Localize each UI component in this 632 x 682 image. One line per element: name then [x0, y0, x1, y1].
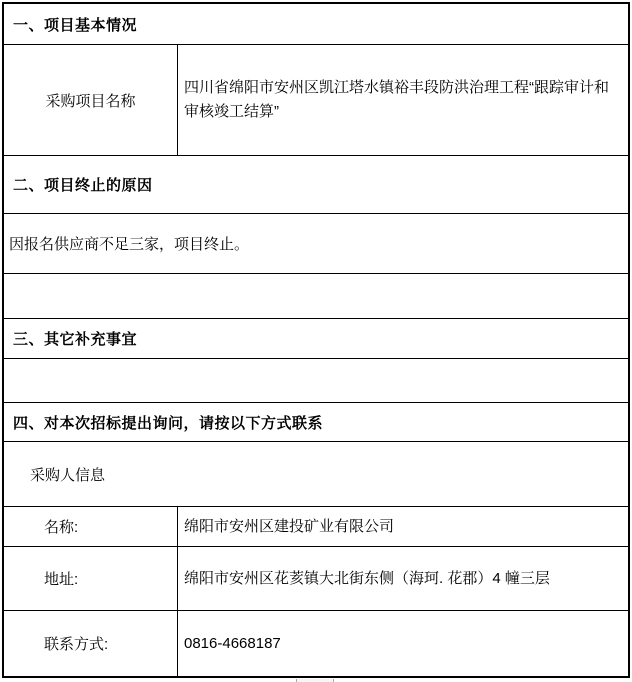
section-4-header-row: 四、对本次招标提出询问，请按以下方式联系	[4, 403, 628, 442]
purchaser-contact-row: 联系方式: 0816-4668187	[4, 611, 628, 676]
purchaser-address-value: 绵阳市安州区花荄镇大北街东侧（海珂. 花郡）4 幢三层	[178, 547, 628, 610]
termination-notice-page: 一、项目基本情况 采购项目名称 四川省绵阳市安州区凯江塔水镇裕丰段防洪治理工程“…	[0, 0, 632, 682]
termination-notice-table: 一、项目基本情况 采购项目名称 四川省绵阳市安州区凯江塔水镇裕丰段防洪治理工程“…	[2, 2, 630, 678]
project-name-label: 采购项目名称	[4, 45, 178, 155]
project-name-row: 采购项目名称 四川省绵阳市安州区凯江塔水镇裕丰段防洪治理工程“跟踪审计和审核竣工…	[4, 45, 628, 156]
project-name-value: 四川省绵阳市安州区凯江塔水镇裕丰段防洪治理工程“跟踪审计和审核竣工结算”	[178, 45, 628, 155]
purchaser-contact-label: 联系方式:	[4, 611, 178, 676]
empty-row-2	[4, 359, 628, 403]
section-2-title: 二、项目终止的原因	[13, 174, 153, 195]
section-3-header-row: 三、其它补充事宜	[4, 319, 628, 359]
section-4-title: 四、对本次招标提出询问，请按以下方式联系	[13, 412, 323, 433]
purchaser-address-row: 地址: 绵阳市安州区花荄镇大北街东侧（海珂. 花郡）4 幢三层	[4, 547, 628, 611]
purchaser-info-heading-row: 采购人信息	[4, 442, 628, 507]
empty-row-1	[4, 274, 628, 319]
purchaser-name-value: 绵阳市安州区建投矿业有限公司	[178, 507, 628, 546]
section-3-title: 三、其它补充事宜	[13, 328, 137, 349]
purchaser-info-heading: 采购人信息	[30, 464, 105, 485]
purchaser-address-label: 地址:	[4, 547, 178, 610]
termination-reason-row: 因报名供应商不足三家，项目终止。	[4, 214, 628, 274]
section-1-title: 一、项目基本情况	[13, 14, 137, 35]
termination-reason-text: 因报名供应商不足三家，项目终止。	[9, 233, 249, 254]
purchaser-contact-value: 0816-4668187	[178, 611, 628, 676]
section-1-header-row: 一、项目基本情况	[4, 4, 628, 45]
purchaser-name-label: 名称:	[4, 507, 178, 546]
purchaser-name-row: 名称: 绵阳市安州区建投矿业有限公司	[4, 507, 628, 547]
section-2-header-row: 二、项目终止的原因	[4, 156, 628, 214]
